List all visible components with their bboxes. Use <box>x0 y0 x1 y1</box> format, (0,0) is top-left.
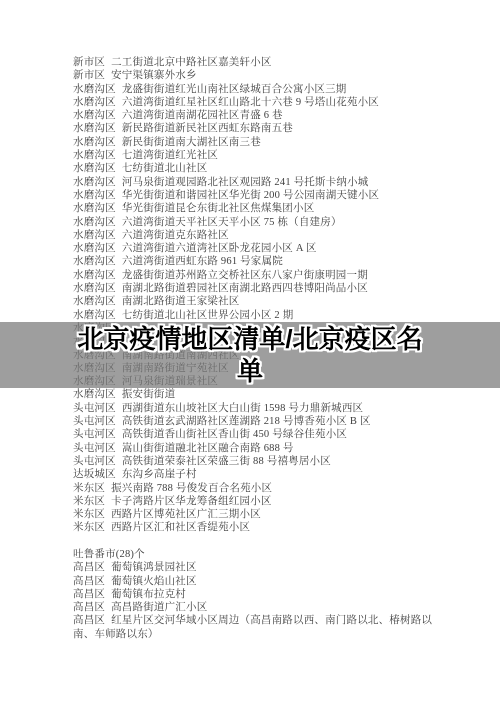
district-label: 水磨沟区 <box>73 163 116 174</box>
list-row: 水磨沟区七道湾街道红光社区 <box>73 149 445 162</box>
location-text: 七道湾街道红光社区 <box>122 150 218 161</box>
district-label: 头屯河区 <box>73 443 116 454</box>
district-label: 头屯河区 <box>73 403 116 414</box>
title-overlay: 北京疫情地区清单/北京疫区名单 <box>0 322 500 388</box>
list-row: 水磨沟区六道湾街道南湖花园社区青盛 6 巷 <box>73 109 445 122</box>
list-row: 水磨沟区六道湾街道六道湾社区卧龙花园小区 A 区 <box>73 242 445 255</box>
list-row: 水磨沟区六道湾街道西虹东路 961 号家属院 <box>73 255 445 268</box>
district-label: 水磨沟区 <box>73 230 116 241</box>
district-label: 米东区 <box>73 483 105 494</box>
list-row: 水磨沟区新民街街道南大湖社区南三巷 <box>73 136 445 149</box>
district-label: 水磨沟区 <box>73 256 116 267</box>
location-text: 二工街道北京中路社区嘉美轩小区 <box>111 57 272 68</box>
page-title: 北京疫情地区清单/北京疫区名单 <box>71 323 429 387</box>
list-row: 新市区安宁渠镇寨外水乡 <box>73 69 445 82</box>
list-row: 水磨沟区新民路街道新民社区西虹东路南五巷 <box>73 122 445 135</box>
district-label: 高昌区 <box>73 562 105 573</box>
district-label: 米东区 <box>73 522 105 533</box>
location-text: 红星片区交河华域小区周边（高昌南路以西、南门路以北、椿树路以南、车师路以东） <box>73 615 432 639</box>
location-text: 西路片区博苑社区广汇三期小区 <box>111 509 261 520</box>
list-row: 头屯河区高铁街道荣泰社区荣盛三街 88 号禧粤居小区 <box>73 455 445 468</box>
district-label: 水磨沟区 <box>73 150 116 161</box>
location-text: 七纺街道北山社区世界公园小区 2 期 <box>122 310 294 321</box>
district-label: 水磨沟区 <box>73 123 116 134</box>
location-text: 六道湾街道天平社区天平小区 75 栋（自建房） <box>122 217 342 228</box>
district-label: 头屯河区 <box>73 429 116 440</box>
location-text: 龙盛街街道红光山南社区绿城百合公寓小区三期 <box>122 84 347 95</box>
list-row: 米东区振兴南路 788 号俊发百合名苑小区 <box>73 482 445 495</box>
list-row: 高昌区红星片区交河华域小区周边（高昌南路以西、南门路以北、椿树路以南、车师路以东… <box>73 614 445 641</box>
list-row: 水磨沟区南湖北路街道王家梁社区 <box>73 295 445 308</box>
location-text: 葡萄镇布拉克村 <box>111 589 186 600</box>
district-label: 高昌区 <box>73 615 105 626</box>
location-text: 南湖北路街道王家梁社区 <box>122 296 240 307</box>
list-row: 米东区西路片区汇和社区香缇苑小区 <box>73 521 445 534</box>
district-label: 头屯河区 <box>73 456 116 467</box>
list-row: 头屯河区高铁街道香山街社区香山街 450 号绿谷佳苑小区 <box>73 428 445 441</box>
district-label: 水磨沟区 <box>73 243 116 254</box>
district-label: 水磨沟区 <box>73 217 116 228</box>
list-row: 高昌区葡萄镇火焰山社区 <box>73 575 445 588</box>
location-text: 振安街街道 <box>122 389 176 400</box>
list-row: 水磨沟区华光街街道昆仑东街北社区焦煤集团小区 <box>73 202 445 215</box>
list-row: 米东区卡子湾路片区华龙筹备组红园小区 <box>73 495 445 508</box>
district-label: 高昌区 <box>73 576 105 587</box>
district-label: 高昌区 <box>73 602 105 613</box>
list-row: 水磨沟区华光街街道和谐园社区华光街 200 号公园南湖天键小区 <box>73 189 445 202</box>
location-text: 龙盛街街道苏州路立交桥社区东八家户街康明园一期 <box>122 270 368 281</box>
location-text: 新民街街道南大湖社区南三巷 <box>122 137 261 148</box>
district-label: 水磨沟区 <box>73 190 116 201</box>
location-text: 葡萄镇鸿景园社区 <box>111 562 197 573</box>
district-label: 达坂城区 <box>73 469 116 480</box>
list-row: 米东区西路片区博苑社区广汇三期小区 <box>73 508 445 521</box>
location-text: 高铁街道玄武湖路社区莲湖路 218 号博香苑小区 B 区 <box>122 416 371 427</box>
list-row: 水磨沟区六道湾街道红星社区红山路北十六巷 9 号塔山花苑小区 <box>73 96 445 109</box>
location-text: 七纺街道北山社区 <box>122 163 208 174</box>
district-label: 头屯河区 <box>73 416 116 427</box>
list-row: 头屯河区嵩山街街道融北社区融合南路 688 号 <box>73 442 445 455</box>
district-label: 高昌区 <box>73 589 105 600</box>
district-label: 水磨沟区 <box>73 310 116 321</box>
location-text: 振兴南路 788 号俊发百合名苑小区 <box>111 483 272 494</box>
district-label: 新市区 <box>73 70 105 81</box>
list-section: 吐鲁番市(28)个高昌区葡萄镇鸿景园社区高昌区葡萄镇火焰山社区高昌区葡萄镇布拉克… <box>73 548 445 641</box>
list-row: 头屯河区高铁街道玄武湖路社区莲湖路 218 号博香苑小区 B 区 <box>73 415 445 428</box>
location-text: 西湖街道东山坡社区大白山街 1598 号力鼎新城西区 <box>122 403 363 414</box>
location-text: 华光街街道昆仑东街北社区焦煤集团小区 <box>122 203 315 214</box>
list-row: 水磨沟区南湖北路街道碧园社区南湖北路西四巷博阳尚品小区 <box>73 282 445 295</box>
section-header: 吐鲁番市(28)个 <box>73 548 445 561</box>
district-label: 米东区 <box>73 509 105 520</box>
list-section: 新市区二工街道北京中路社区嘉美轩小区新市区安宁渠镇寨外水乡水磨沟区龙盛街街道红光… <box>73 56 445 535</box>
district-label: 米东区 <box>73 496 105 507</box>
location-text: 卡子湾路片区华龙筹备组红园小区 <box>111 496 272 507</box>
list-row: 水磨沟区龙盛街街道红光山南社区绿城百合公寓小区三期 <box>73 83 445 96</box>
district-label: 水磨沟区 <box>73 283 116 294</box>
district-label: 新市区 <box>73 57 105 68</box>
location-text: 六道湾街道六道湾社区卧龙花园小区 A 区 <box>122 243 317 254</box>
district-label: 水磨沟区 <box>73 296 116 307</box>
location-text: 华光街街道和谐园社区华光街 200 号公园南湖天键小区 <box>122 190 379 201</box>
list-row: 新市区二工街道北京中路社区嘉美轩小区 <box>73 56 445 69</box>
district-label: 水磨沟区 <box>73 97 116 108</box>
list-row: 高昌区葡萄镇鸿景园社区 <box>73 561 445 574</box>
district-label: 水磨沟区 <box>73 84 116 95</box>
list-row: 高昌区高昌路街道广汇小区 <box>73 601 445 614</box>
location-text: 葡萄镇火焰山社区 <box>111 576 197 587</box>
list-row: 水磨沟区七纺街道北山社区世界公园小区 2 期 <box>73 309 445 322</box>
list-row: 水磨沟区龙盛街街道苏州路立交桥社区东八家户街康明园一期 <box>73 269 445 282</box>
list-row: 水磨沟区振安街街道 <box>73 388 445 401</box>
location-text: 嵩山街街道融北社区融合南路 688 号 <box>122 443 294 454</box>
location-text: 东沟乡高崖子村 <box>122 469 197 480</box>
location-text: 河马泉街道观园路北社区观园路 241 号托斯卡纳小城 <box>122 177 369 188</box>
location-text: 高铁街道荣泰社区荣盛三街 88 号禧粤居小区 <box>122 456 331 467</box>
location-text: 新民路街道新民社区西虹东路南五巷 <box>122 123 293 134</box>
list-row: 头屯河区西湖街道东山坡社区大白山街 1598 号力鼎新城西区 <box>73 402 445 415</box>
list-row: 水磨沟区六道湾街道克东路社区 <box>73 229 445 242</box>
district-label: 水磨沟区 <box>73 137 116 148</box>
list-row: 水磨沟区七纺街道北山社区 <box>73 162 445 175</box>
list-row: 水磨沟区河马泉街道观园路北社区观园路 241 号托斯卡纳小城 <box>73 176 445 189</box>
list-row: 达坂城区东沟乡高崖子村 <box>73 468 445 481</box>
location-text: 南湖北路街道碧园社区南湖北路西四巷博阳尚品小区 <box>122 283 368 294</box>
district-label: 水磨沟区 <box>73 270 116 281</box>
location-text: 六道湾街道红星社区红山路北十六巷 9 号塔山花苑小区 <box>122 97 379 108</box>
district-label: 水磨沟区 <box>73 203 116 214</box>
district-label: 水磨沟区 <box>73 389 116 400</box>
list-row: 水磨沟区六道湾街道天平社区天平小区 75 栋（自建房） <box>73 216 445 229</box>
list-row: 高昌区葡萄镇布拉克村 <box>73 588 445 601</box>
location-text: 高昌路街道广汇小区 <box>111 602 207 613</box>
location-text: 六道湾街道西虹东路 961 号家属院 <box>122 256 283 267</box>
location-text: 西路片区汇和社区香缇苑小区 <box>111 522 250 533</box>
location-text: 六道湾街道克东路社区 <box>122 230 229 241</box>
location-text: 高铁街道香山街社区香山街 450 号绿谷佳苑小区 <box>122 429 347 440</box>
location-text: 六道湾街道南湖花园社区青盛 6 巷 <box>122 110 283 121</box>
district-label: 水磨沟区 <box>73 177 116 188</box>
location-text: 安宁渠镇寨外水乡 <box>111 70 197 81</box>
district-label: 水磨沟区 <box>73 110 116 121</box>
